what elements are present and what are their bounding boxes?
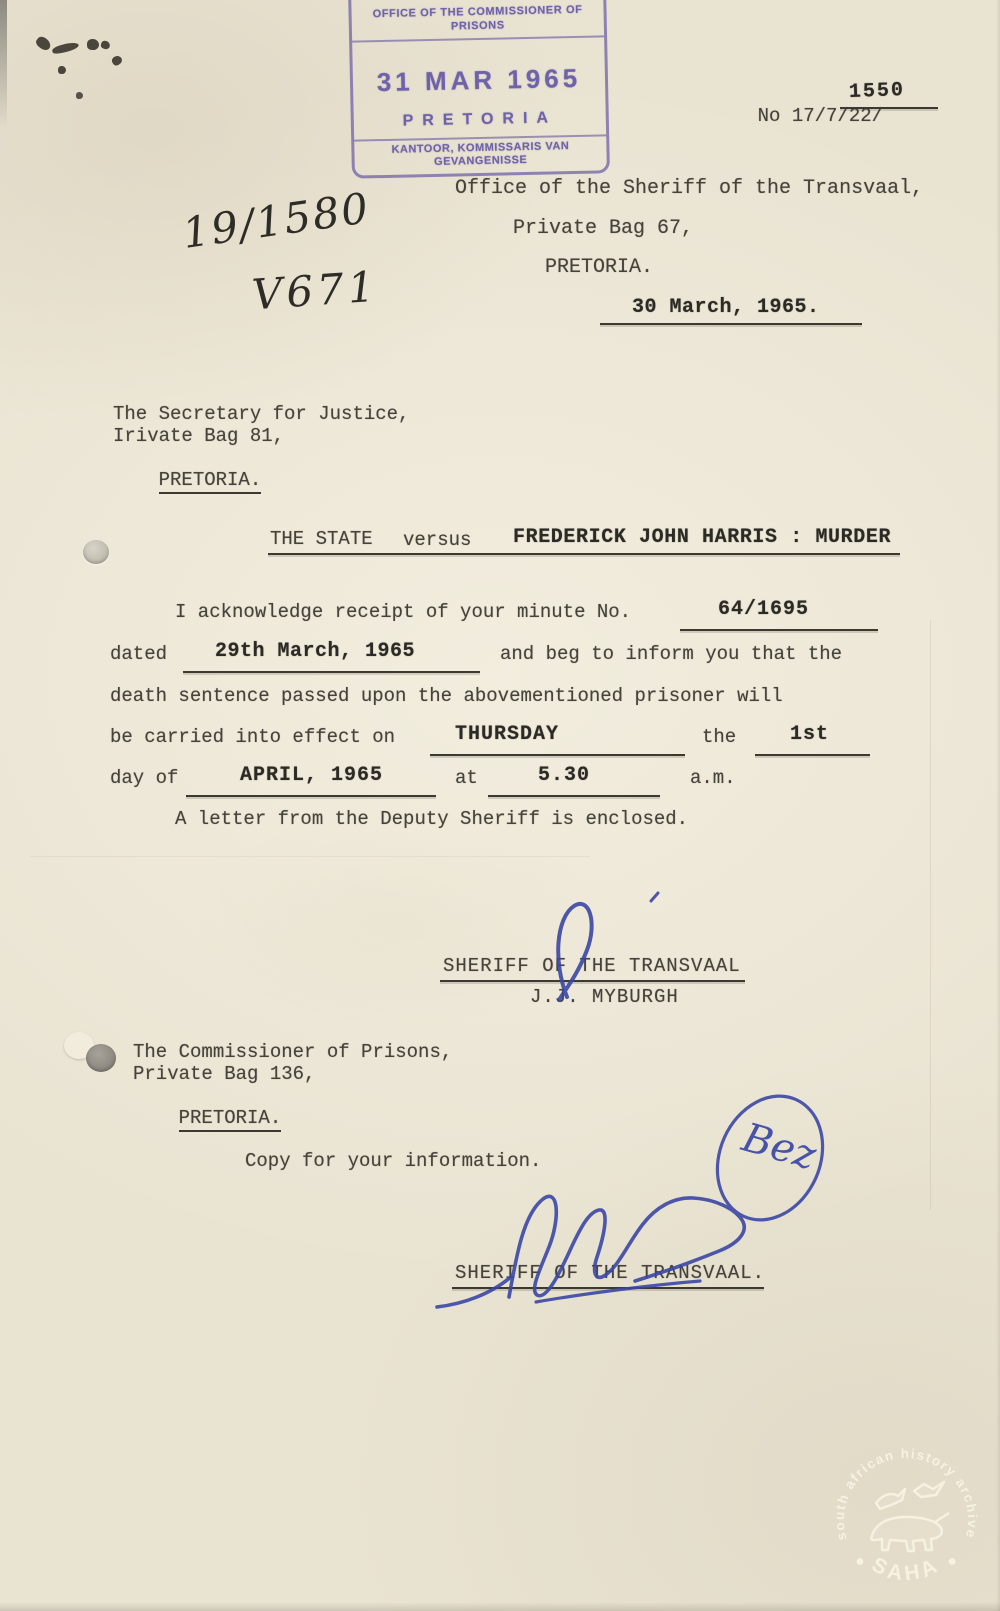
body-text: the	[702, 726, 736, 748]
body-text: a.m.	[690, 767, 736, 789]
recipient-address-line1: The Secretary for Justice,	[113, 403, 409, 425]
page-edge-bottom	[0, 1602, 1000, 1611]
stamp-date: 31 MAR 1965	[353, 62, 606, 98]
subject-left: THE STATE	[270, 528, 373, 550]
watermark-dot	[949, 1558, 956, 1565]
cc-address-line1: The Commissioner of Prisons,	[133, 1041, 452, 1063]
signature2-title: SHERIFF OF THE TRANSVAAL.	[455, 1262, 765, 1284]
body-line-4: be carried into effect on THURSDAY the 1…	[110, 726, 910, 762]
hole-punch	[83, 540, 109, 564]
watermark-figure	[876, 1489, 905, 1509]
signature1-title: SHERIFF OF THE TRANSVAAL	[443, 955, 741, 977]
subject-underline	[268, 553, 900, 555]
handwritten-note-2: V671	[250, 262, 380, 320]
fill-minute-date: 29th March, 1965	[215, 641, 415, 663]
letter-date: 30 March, 1965.	[632, 297, 820, 319]
fill-execution-day: THURSDAY	[455, 724, 559, 746]
watermark-dot	[857, 1558, 864, 1565]
stamp-office-line2: PRISONS	[352, 17, 604, 34]
signature2-ink	[536, 1281, 700, 1302]
received-stamp: OFFICE OF THE COMMISSIONER OF PRISONS 31…	[348, 0, 610, 179]
body-text: death sentence passed upon the abovement…	[110, 685, 783, 707]
body-text: be carried into effect on	[110, 726, 395, 748]
handwritten-note-1: 19/1580	[180, 183, 373, 258]
watermark-eland-horn	[935, 1513, 949, 1522]
paper-smudge	[51, 41, 79, 55]
cc-address-line2: Private Bag 136,	[133, 1063, 315, 1085]
fill-execution-time: 5.30	[538, 765, 590, 787]
paper-smudge	[34, 35, 53, 53]
watermark-figure	[914, 1482, 944, 1497]
fill-underline	[186, 795, 436, 797]
fill-underline	[755, 754, 870, 756]
page-edge-right	[996, 0, 1000, 1611]
paper-smudge	[58, 66, 66, 74]
body-line-5: day of APRIL, 1965 at 5.30 a.m.	[110, 767, 910, 803]
body-text: dated	[110, 643, 167, 665]
ref-number-value: 1550	[849, 80, 906, 104]
subject-versus: versus	[403, 529, 471, 551]
svg-text:SAHA: SAHA	[868, 1553, 944, 1586]
fill-minute-number: 64/1695	[718, 599, 809, 621]
stamp-divider	[352, 35, 604, 42]
recipient-address-line2: Irivate Bag 81,	[113, 425, 284, 447]
body-line-2: dated 29th March, 1965 and beg to inform…	[110, 643, 910, 679]
fill-underline	[430, 754, 685, 756]
svg-text:south african history archive: south african history archive	[832, 1446, 980, 1542]
signature2-underline	[452, 1287, 764, 1289]
body-text: A letter from the Deputy Sheriff is encl…	[175, 808, 688, 830]
fill-execution-daynum: 1st	[790, 724, 829, 746]
paper-smudge	[87, 39, 99, 50]
fill-underline	[488, 795, 660, 797]
stamp-city: PRETORIA	[354, 108, 606, 131]
ink-signatures-overlay	[0, 0, 1000, 1611]
cc-address-line3: PRETORIA.	[133, 1085, 281, 1151]
body-line-1: I acknowledge receipt of your minute No.…	[110, 601, 910, 637]
fold-crease-vertical	[930, 620, 931, 1210]
signature1-name: J.J. MYBURGH	[530, 986, 679, 1008]
cc-city: PRETORIA.	[179, 1107, 282, 1132]
fill-underline	[680, 629, 878, 631]
body-line-3: death sentence passed upon the abovement…	[110, 685, 910, 721]
page-edge-left	[0, 0, 7, 130]
saha-watermark: south african history archive SAHA	[818, 1432, 993, 1607]
fill-underline	[183, 671, 480, 673]
letter-date-underline	[600, 323, 862, 325]
recipient-address-line3: PRETORIA.	[113, 447, 261, 513]
body-text: I acknowledge receipt of your minute No.	[175, 601, 631, 623]
body-line-6: A letter from the Deputy Sheriff is encl…	[110, 808, 910, 844]
paper-smudge	[76, 92, 83, 99]
body-text: day of	[110, 767, 178, 789]
subject-accused: FREDERICK JOHN HARRIS : MURDER	[513, 527, 891, 549]
paper-smudge	[100, 40, 111, 51]
subject-line: THE STATE versus FREDERICK JOHN HARRIS :…	[270, 528, 910, 556]
body-text: and beg to inform you that the	[500, 643, 842, 665]
watermark-eland-figure	[871, 1517, 942, 1551]
watermark-arc-text: south african history archive	[832, 1446, 980, 1542]
sender-address-line1: Office of the Sheriff of the Transvaal,	[455, 178, 923, 200]
ref-underline	[840, 107, 938, 109]
body-text: at	[455, 767, 478, 789]
cc-note: Copy for your information.	[245, 1150, 541, 1172]
hole-punch	[86, 1044, 116, 1072]
fill-execution-date: APRIL, 1965	[240, 765, 383, 787]
signature1-ink-tick	[651, 893, 658, 901]
paper-smudge	[110, 54, 123, 67]
sender-address-line3: PRETORIA.	[545, 257, 653, 279]
recipient-city: PRETORIA.	[159, 469, 262, 494]
fold-crease-horizontal	[30, 856, 590, 857]
signature1-underline	[440, 980, 745, 982]
watermark-acronym: SAHA	[868, 1553, 944, 1586]
letter-page: OFFICE OF THE COMMISSIONER OF PRISONS 31…	[0, 0, 1000, 1611]
sender-address-line2: Private Bag 67,	[513, 218, 693, 240]
circled-initials-text: Bez	[737, 1115, 821, 1180]
